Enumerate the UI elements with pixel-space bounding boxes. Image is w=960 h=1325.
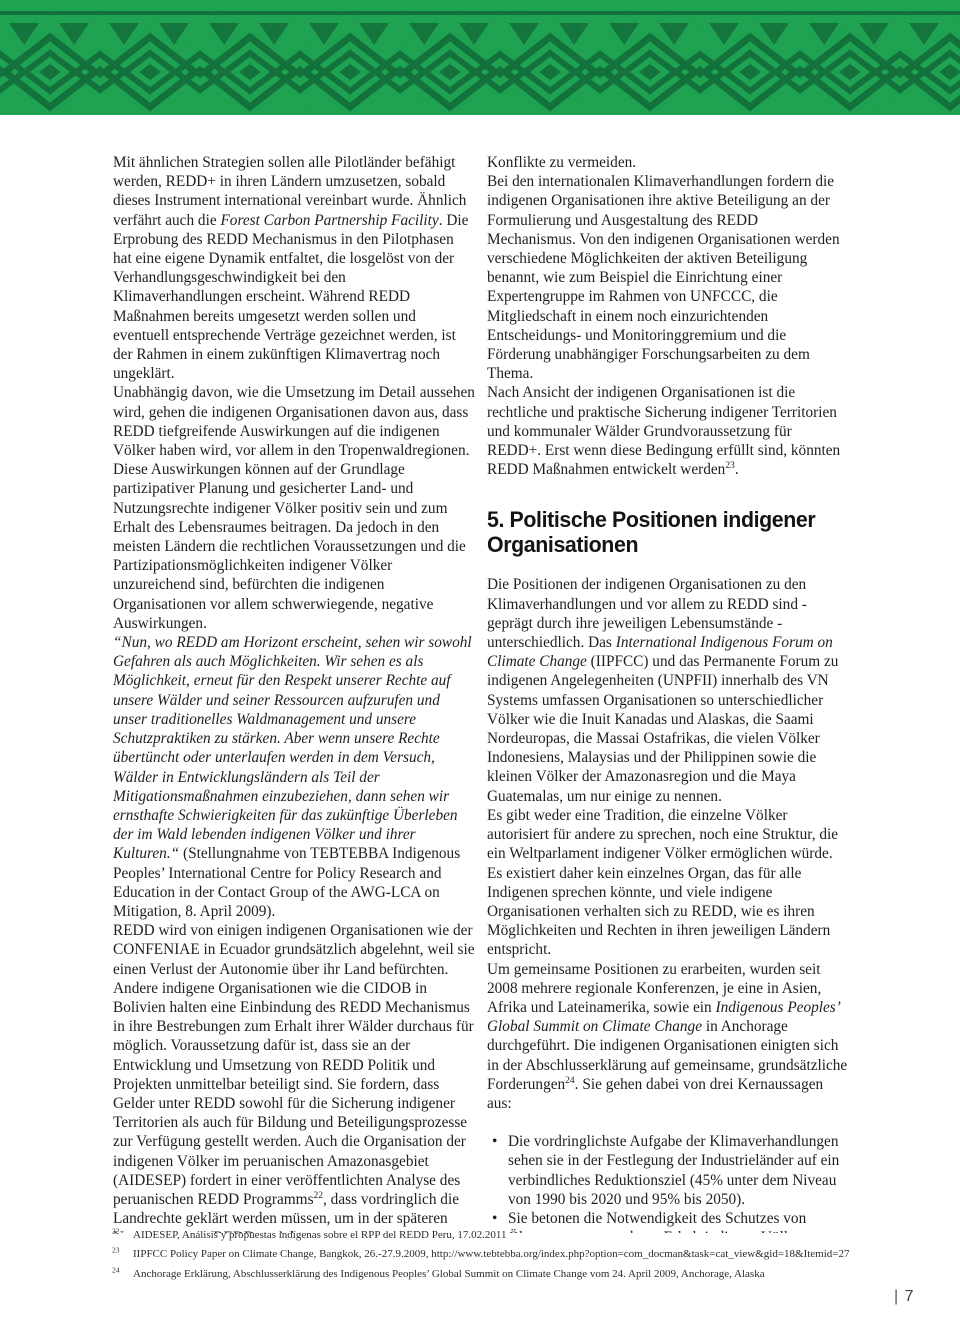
text-segment: Es gibt weder eine Tradition, die einzel… [487,807,838,958]
paragraph: Die Positionen der indigenen Organisatio… [487,575,849,805]
text-segment: REDD wird von einigen indigenen Organisa… [113,922,475,1208]
paragraph: Um gemeinsame Positionen zu erarbeiten, … [487,960,849,1114]
page-number: |7 [894,1288,914,1306]
text-segment: Forest Carbon Partnership Facility [220,212,438,229]
text-segment: . Die Erprobung des REDD Mechanismus in … [113,212,468,383]
bullet-list: •Die vordringlichste Aufgabe der Klimave… [487,1132,849,1233]
text-segment: Unabhängig davon, wie die Umsetzung im D… [113,384,475,631]
text-segment: . [735,461,739,478]
footnote-marker: 22 [112,1226,133,1245]
banner-textile-pattern [0,0,960,115]
section-heading: 5. Politische Positionen indigenerOrgani… [487,507,838,557]
footnote-text: Anchorage Erklärung, Abschlusserklärung … [133,1268,765,1280]
footnote-marker: 23 [112,1245,133,1264]
footnote: 22AIDESEP, Análisis y propuestas indígen… [112,1226,958,1245]
footnotes-block: 22AIDESEP, Análisis y propuestas indígen… [112,1226,958,1284]
footnote-reference: 24 [565,1076,575,1086]
footnote: 23IIPFCC Policy Paper on Climate Change,… [112,1245,958,1264]
text-segment: “Nun, wo REDD am Horizont erscheint, seh… [113,634,472,862]
paragraph: Es gibt weder eine Tradition, die einzel… [487,806,849,960]
text-segment: Konflikte zu vermeiden. [487,154,636,171]
footnote-reference: 23 [725,461,735,471]
document-page: Mit ähnlichen Strategien sollen alle Pil… [0,0,960,1325]
paragraph: “Nun, wo REDD am Horizont erscheint, seh… [113,633,475,921]
footnote-marker: 24 [112,1265,133,1284]
bullet-icon: • [492,1132,497,1151]
text-segment: (IIPFCC) und das Permanente Forum zu ind… [487,653,838,804]
page-number-divider: | [894,1288,899,1305]
footnote-text: IIPFCC Policy Paper on Climate Change, B… [133,1248,850,1260]
paragraph: Nach Ansicht der indigenen Organisatione… [487,383,849,479]
bullet-item: •Die vordringlichste Aufgabe der Klimave… [487,1132,849,1209]
paragraph: Mit ähnlichen Strategien sollen alle Pil… [113,153,475,383]
footnote: 24Anchorage Erklärung, Abschlusserklärun… [112,1265,958,1284]
footnote-reference: 22 [314,1191,324,1201]
text-segment: Die vordringlichste Aufgabe der Klimaver… [508,1133,839,1208]
text-segment: Bei den internationalen Klimaverhandlung… [487,173,840,382]
right-text-column: Konflikte zu vermeiden.Bei den internati… [487,153,849,1233]
left-text-column: Mit ähnlichen Strategien sollen alle Pil… [113,153,475,1233]
text-segment: Nach Ansicht der indigenen Organisatione… [487,384,840,478]
paragraph: REDD wird von einigen indigenen Organisa… [113,921,475,1233]
paragraph: Bei den internationalen Klimaverhandlung… [487,172,849,383]
paragraph: Unabhängig davon, wie die Umsetzung im D… [113,383,475,633]
footnote-text: AIDESEP, Análisis y propuestas indígenas… [133,1229,506,1241]
paragraph: Konflikte zu vermeiden. [487,153,849,172]
page-number-value: 7 [905,1288,914,1305]
